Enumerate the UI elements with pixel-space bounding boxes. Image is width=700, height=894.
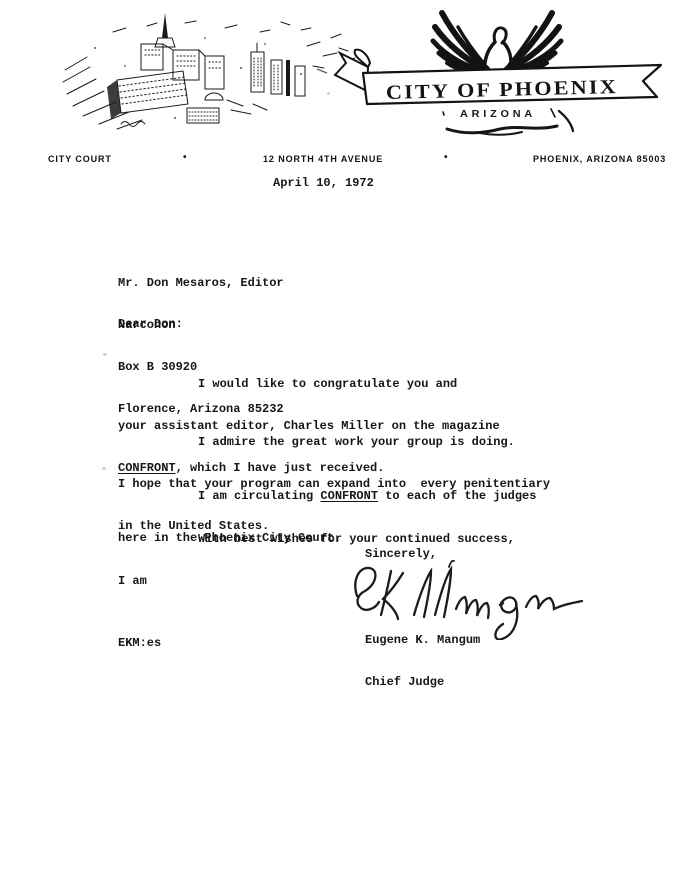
- body-line: I admire the great work your group is do…: [118, 435, 550, 449]
- signature-title: Chief Judge: [365, 675, 480, 689]
- body-line: With best wishes for your continued succ…: [118, 532, 515, 546]
- signature-block: Eugene K. Mangum Chief Judge: [365, 605, 480, 717]
- bullet-separator: •: [444, 152, 448, 163]
- letter-page: CITY OF PHOENIX ARIZONA CITY COURT • 12 …: [0, 0, 700, 894]
- bullet-separator: •: [183, 152, 187, 163]
- signature-name: Eugene K. Mangum: [365, 633, 480, 647]
- scan-speck: [103, 353, 107, 356]
- letter-date: April 10, 1972: [273, 176, 374, 190]
- salutation: Dear Don:: [118, 317, 183, 331]
- body-line-text: I am circulating: [198, 489, 320, 503]
- city-of-phoenix-banner: CITY OF PHOENIX ARIZONA: [317, 50, 661, 135]
- paragraph-4: With best wishes for your continued succ…: [118, 504, 515, 616]
- banner-subtitle: ARIZONA: [460, 109, 536, 120]
- contact-street-address: 12 NORTH 4TH AVENUE: [263, 154, 383, 164]
- body-line: I am circulating CONFRONT to each of the…: [118, 489, 536, 503]
- body-line: I would like to congratulate you and: [118, 377, 500, 391]
- city-of-phoenix-emblem: CITY OF PHOENIX ARIZONA: [315, 5, 685, 137]
- contact-city-zip: PHOENIX, ARIZONA 85003: [533, 154, 666, 164]
- contact-department: CITY COURT: [48, 154, 112, 164]
- reference-initials: EKM:es: [118, 636, 161, 650]
- scan-speck: [327, 92, 330, 95]
- body-line: I am: [118, 574, 515, 588]
- underlined-magazine-title: CONFRONT: [320, 489, 378, 503]
- closing: Sincerely,: [365, 547, 437, 561]
- recipient-line: Mr. Don Mesaros, Editor: [118, 276, 284, 290]
- scan-speck: [102, 467, 106, 470]
- body-line-text: to each of the judges: [378, 489, 536, 503]
